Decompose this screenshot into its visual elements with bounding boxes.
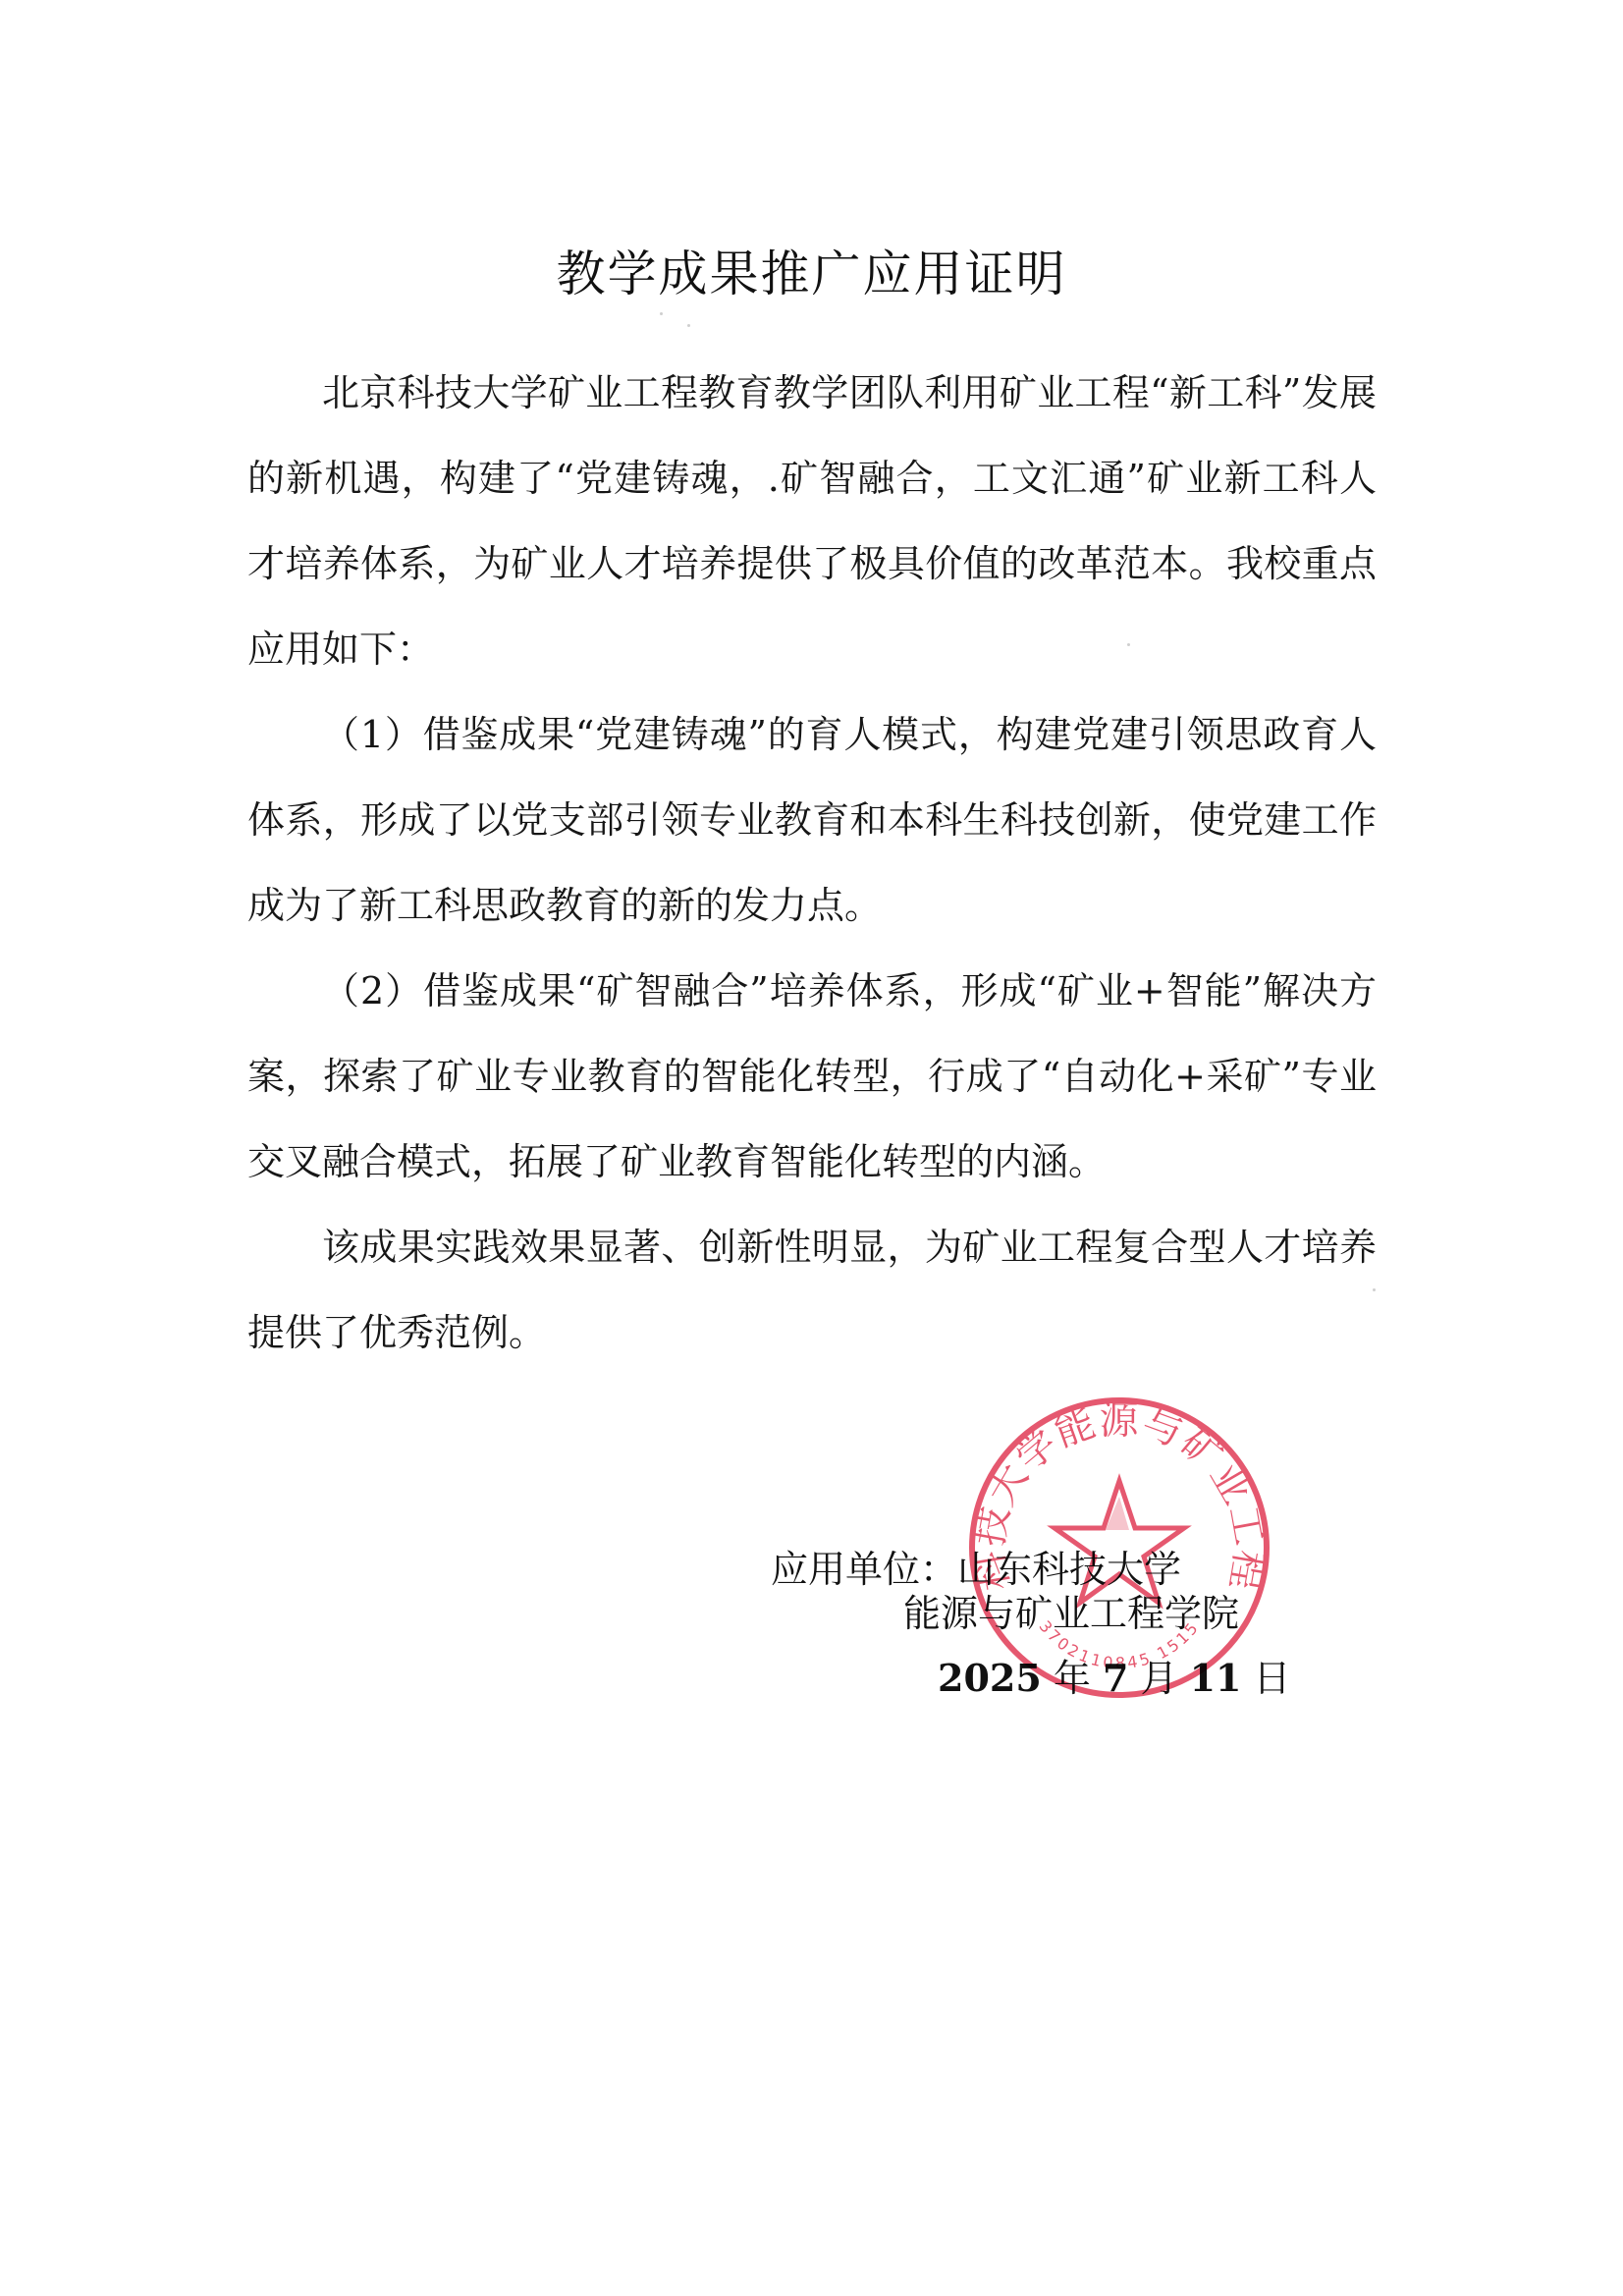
unit-label: 应用单位： xyxy=(771,1548,957,1591)
paragraph-item-2: （2）借鉴成果“矿智融合”培养体系，形成“矿业+智能”解决方案，探索了矿业专业教… xyxy=(247,949,1377,1205)
document-page: 教学成果推广应用证明 北京科技大学矿业工程教育教学团队利用矿业工程“新工科”发展… xyxy=(0,0,1623,2296)
paragraph-item-1: （1）借鉴成果“党建铸魂”的育人模式，构建党建引领思政育人体系，形成了以党支部引… xyxy=(247,692,1377,949)
seal-serial-number: 3702110845 1515 xyxy=(1036,1617,1204,1672)
document-title: 教学成果推广应用证明 xyxy=(0,245,1623,303)
paragraph-intro: 北京科技大学矿业工程教育教学团队利用矿业工程“新工科”发展的新机遇，构建了“党建… xyxy=(247,351,1377,692)
document-body: 北京科技大学矿业工程教育教学团队利用矿业工程“新工科”发展的新机遇，构建了“党建… xyxy=(247,351,1377,1376)
official-seal: 山东科技大学能源与矿业工程学院 3702110845 1515 xyxy=(966,1394,1272,1701)
seal-ring-text: 山东科技大学能源与矿业工程学院 xyxy=(966,1394,1271,1594)
paragraph-conclusion: 该成果实践效果显著、创新性明显，为矿业工程复合型人才培养提供了优秀范例。 xyxy=(247,1205,1377,1376)
scan-speck xyxy=(660,312,663,315)
seal-graphic: 山东科技大学能源与矿业工程学院 3702110845 1515 xyxy=(966,1394,1272,1701)
scan-speck xyxy=(687,324,690,327)
